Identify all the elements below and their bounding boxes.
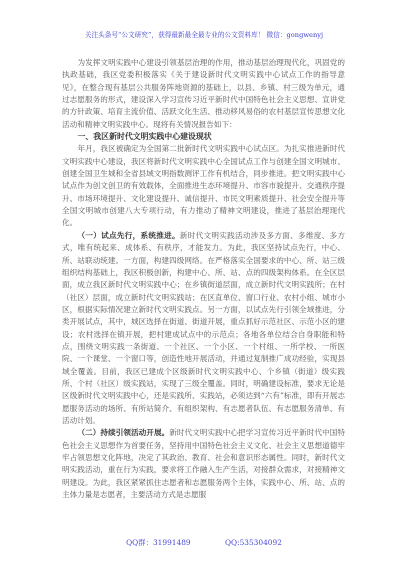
subsection-1-text: 新时代文明实践活动涉及多方面、多维度、多方式，唯有统起来、成体系、有秩序，才能发…	[62, 231, 345, 425]
subsection-1-paragraph: （一）试点先行，系统推进。新时代文明实践活动涉及多方面、多维度、多方式，唯有统起…	[62, 230, 345, 428]
subsection-2-heading: （二）持续引领活动开展。	[78, 428, 170, 437]
watermark-footer: QQ群：31991489 QQ:535304092	[0, 537, 408, 548]
subsection-1-heading: （一）试点先行，系统推进。	[78, 231, 180, 240]
section-heading: 一、我区新时代文明实践中心建设现状	[62, 131, 345, 143]
subsection-2-paragraph: （二）持续引领活动开展。新时代文明实践中心把学习宣传习近平新时代中国特色社会主义…	[62, 427, 345, 501]
watermark-header: 关注头条号“公文研究”，获得最新最全最专业的公文资料库！ 微信：gongweny…	[0, 29, 408, 39]
qq-number: QQ:535304092	[225, 538, 282, 547]
subsection-2-text: 新时代文明实践中心把学习宣传习近平新时代中国特色社会主义思想作为首要任务，坚持用…	[62, 428, 345, 499]
document-body: 为发挥文明实践中心建设引领基层治理的作用，推动基层治理现代化，巩固党的执政基础，…	[62, 57, 345, 501]
section-paragraph: 年月，我区被确定为全国第二批新时代文明实践中心试点区。为扎实推进新时代文明实践中…	[62, 143, 345, 229]
qq-group-number: QQ群：31991489	[126, 537, 191, 548]
intro-paragraph: 为发挥文明实践中心建设引领基层治理的作用，推动基层治理现代化，巩固党的执政基础，…	[62, 57, 345, 131]
